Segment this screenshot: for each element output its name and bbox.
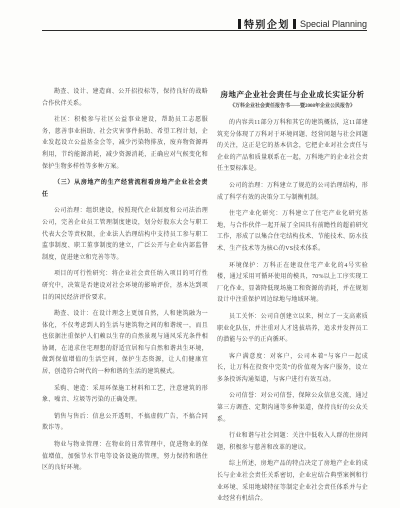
- paragraph: 销售与售后：信息公开透明，不搞虚假广告，不搞合同欺诈等。: [42, 412, 208, 435]
- paragraph: 公司治理：组织建设，按照现代企业制度和公司法治理公司，完善企业员工管理制度建设，…: [42, 206, 208, 264]
- paragraph: 物业与物业管理：在物业的日常管理中，促进物业的保值增值，加强节水节电等设备设施的…: [42, 440, 208, 475]
- article-title: 房地产企业社会责任与企业成长实证分析: [217, 90, 368, 100]
- paragraph: 的内容共11部分万科和其它的建筑概括，这11部建筑充分体现了万科对于环境问题、经…: [217, 118, 368, 176]
- header-rule: [42, 30, 367, 31]
- paragraph: 采购、建造：采用环保施工材料和工艺，注意建筑的形象、噪音、垃圾等污染的正确处理。: [42, 384, 208, 407]
- paragraph: 环境保护：万科正在建设住宅产业化的4号实验楼，通过采用可循环使用的模具，70%以…: [217, 261, 368, 307]
- header-title-cn: 特别企划: [244, 16, 290, 31]
- page-header: 特别企划 Special Planning: [238, 16, 367, 31]
- paragraph: 行业和谐与社会问题：关注中低收入人群的住房问题，积极参与慈善和改革的建议。: [217, 431, 368, 454]
- paragraph: 公司信誉：对公司信誉，保障公众信息交流，通过第三方调查、定期沟通等多种渠道，保持…: [217, 391, 368, 426]
- section-heading: （三）从房地产的生产经营流程看房地产企业社会责任: [42, 178, 208, 201]
- right-column: 房地产企业社会责任与企业成长实证分析 《万科企业社会责任报告书——暨2008年企…: [217, 84, 368, 508]
- header-bar-icon: [293, 19, 296, 29]
- paragraph: 项目的可行性研究：将企业社会责任纳入项目的可行性研究中，决策是否建设对社会环境的…: [42, 269, 208, 304]
- paragraph: 勘查、设计：在设计理念上更加自然，人和建筑融为一体化，不仅考虑到人的生活与建筑物…: [42, 309, 208, 379]
- left-column: 勘查、设计、建造商、公开招投标等，保持良好的战略合作伙伴关系。 社区：积极参与社…: [42, 84, 208, 508]
- paragraph: 公司的治理：万科建立了规范的公司治理结构，形成了科学有效的决策分工与制衡机制。: [217, 181, 368, 204]
- paragraph: 社区：积极参与社区公益事业建设，帮助员工志愿服务，慈善事业捐助、社会灾害事件捐助…: [42, 115, 208, 173]
- paragraph: 客户满意度：对客户，公司本着“与客户一起成长，让万科在投资中完美”的价值观为客户…: [217, 352, 368, 387]
- paragraph: 住宅产业化研究：万科建立了住宅产业化研究基地，与合作伙伴一起开展了全国具有前瞻性…: [217, 209, 368, 255]
- document-page: 特别企划 Special Planning 勘查、设计、建造商、公开招投标等，保…: [0, 0, 400, 508]
- header-bar-icon: [238, 19, 241, 29]
- paragraph: 勘查、设计、建造商、公开招投标等，保持良好的战略合作伙伴关系。: [42, 87, 208, 110]
- article-body: 勘查、设计、建造商、公开招投标等，保持良好的战略合作伙伴关系。 社区：积极参与社…: [42, 84, 368, 508]
- header-title-en: Special Planning: [300, 19, 367, 29]
- paragraph: 综上所述，房地产品的特点决定了房地产企业的成长与企业社会责任关系密切，企业应结合…: [217, 459, 368, 505]
- article-subtitle: 《万科企业社会责任报告书——暨2008年企业公民报告》: [217, 103, 368, 111]
- paragraph: 员工关怀：公司自创建立以来，树立了一支高素质职业化队伍，并注重对人才选拔培养，追…: [217, 312, 368, 347]
